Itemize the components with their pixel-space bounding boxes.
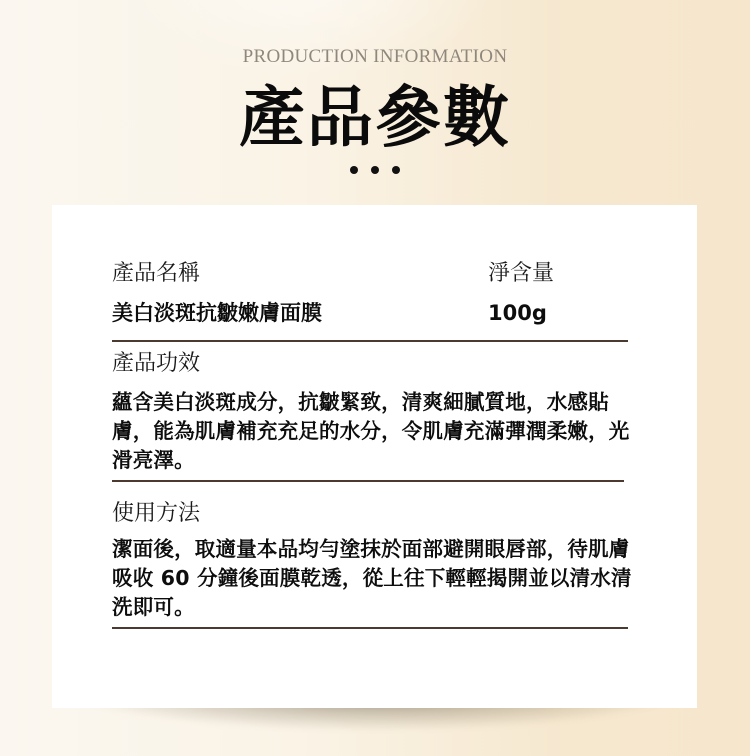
page-title: 產品參數 [0,78,750,158]
product-info-card: 產品名稱 美白淡斑抗皺嫩膚面膜 淨含量 100g 產品功效 蘊含美白淡斑成分，抗… [52,205,697,708]
background-glow [120,0,500,80]
product-name-value: 美白淡斑抗皺嫩膚面膜 [112,299,322,327]
divider [112,627,628,629]
decorative-dots [0,166,750,174]
net-content-value: 100g [488,299,547,327]
divider [112,480,624,482]
usage-text: 潔面後，取適量本品均勻塗抹於面部避開眼唇部，待肌膚吸收 60 分鐘後面膜乾透，從… [112,535,647,622]
dot-icon [350,166,358,174]
effect-text: 蘊含美白淡斑成分，抗皺緊致，清爽細膩質地，水感貼膚，能為肌膚補充充足的水分，令肌… [112,388,647,475]
divider [112,340,628,342]
usage-label: 使用方法 [112,500,200,528]
net-content-label: 淨含量 [488,260,554,288]
dot-icon [371,166,379,174]
dot-icon [392,166,400,174]
section-subtitle: PRODUCTION INFORMATION [0,46,750,68]
product-name-label: 產品名稱 [112,260,200,288]
effect-label: 產品功效 [112,350,200,378]
